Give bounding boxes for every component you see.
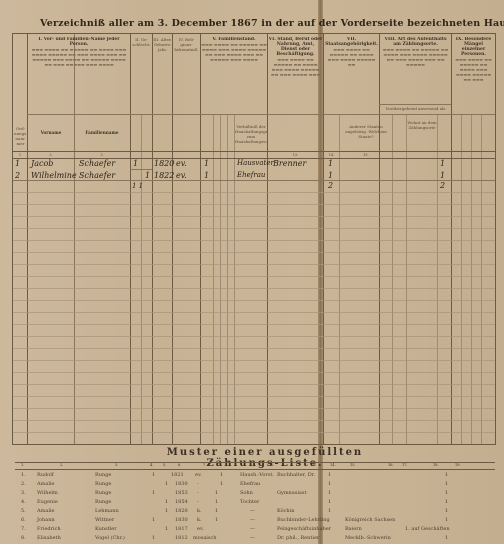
entry-1-beruf: Brenner	[273, 159, 306, 168]
subheader-verhaeltnis: Verhältniß der Haushaltungsgenossen zum …	[235, 124, 267, 144]
sample-row: 7. Friedrich Kunstler 1 1817 ev. — Pelzg…	[15, 525, 495, 534]
sample-header-numbers: 1. 2. 3. 4. 5. 6. 7. 12. 13. 14. 15. 16.…	[15, 463, 495, 470]
entry-2-familienname: Schaefer	[79, 171, 115, 180]
subheader-wohnt: Wohnt an dem Zählungsorte	[407, 120, 437, 130]
subheader-familienname: Familienname	[75, 130, 129, 135]
entry-1-preussisch: 1	[328, 159, 333, 168]
header-aufenthalt: VIII. Art des Aufenthalts am Zählungsort…	[380, 37, 451, 67]
header-ord: Ord-nungs-num-mer	[14, 126, 27, 146]
sample-row: 4. Eugenie Runge 1 1854 - 1 Tochter 1 1	[15, 498, 495, 507]
total-preussisch: 2	[328, 181, 333, 190]
census-table: Ord-nungs-num-mer I. Vor- und Familien-N…	[12, 33, 496, 445]
entry-2-preussisch: 1	[328, 171, 333, 180]
subheader-vorname: Vorname	[29, 130, 73, 135]
sample-row: 1. Rudolf Runge 1 1821 ev. 1 Haush.-Vors…	[15, 471, 495, 480]
total-wohnt: 2	[440, 181, 445, 190]
entry-1-familienstand: 1	[204, 159, 209, 168]
entry-2-vorname: Wilhelmine	[31, 171, 77, 180]
entry-1-religion: ev.	[176, 159, 187, 168]
entry-2-familienstand: 1	[204, 171, 209, 180]
header-geschlecht: II. Ge-schlecht.	[131, 37, 152, 47]
total-geschlecht: 1 1	[132, 182, 143, 190]
entry-2-geburtsjahr: 1822	[154, 171, 174, 180]
entry-1-vorname: Jacob	[31, 159, 53, 168]
document-title: Verzeichniß aller am 3. December 1867 in…	[40, 18, 480, 29]
entry-1-wohnt: 1	[440, 159, 445, 168]
subheader-vorubergehend: Vorübergehend anwesend als	[380, 106, 451, 111]
sample-row: 6. Johann Wittner 1 1830 k. 1 — Buchbind…	[15, 516, 495, 525]
entry-1-geburtsjahr: 1820	[154, 159, 174, 168]
header-staatsangehoerigkeit: VII. Staatsangehörigkeit. ▬▬▬ ▬▬▬▬ ▬▬ ▬▬…	[324, 37, 379, 67]
header-familienstand: V. Familienstand. ▬▬▬ ▬▬▬▬ ▬▬ ▬▬▬▬▬ ▬▬ ▬…	[201, 37, 267, 62]
entry-2-weiblich: 1	[145, 171, 150, 180]
census-sheet: Verzeichniß aller am 3. December 1867 in…	[0, 0, 504, 544]
sample-row: 8. Elisabeth Vogel (Chr.) 1 1812 mosaisc…	[15, 534, 495, 543]
sample-row: 2. Amalie Runge 1 1830 - 1 Ehefrau 1 1	[15, 480, 495, 489]
header-beruf: VI. Stand, Beruf oder Nahrung, Amt, Dien…	[268, 37, 323, 77]
entry-2-stellung: Ehefrau	[237, 171, 265, 179]
header-alter: III. Alter. Geburts-jahr.	[153, 37, 172, 52]
header-maengel: IX. Besondere Mängel einzelner Personen.…	[452, 37, 495, 82]
sample-row: 3. Wilhelm Runge 1 1853 - 1 Sohn Gymnasi…	[15, 489, 495, 498]
subheader-anderer-staat: Anderer Staaten angehörig. Welchem Staat…	[340, 124, 392, 139]
entry-1-maennlich: 1	[133, 159, 138, 168]
entry-2-wohnt: 1	[440, 171, 445, 180]
entry-2-nr: 2	[15, 171, 20, 180]
header-religion: IV. Reli-gions-bekenntniß.	[173, 37, 200, 52]
entry-1-familienname: Schaefer	[79, 159, 115, 168]
sample-row: 5. Amalie Lehmann 1 1820 k. 1 — Köchin 1…	[15, 507, 495, 516]
header-name: I. Vor- und Familien-Name jeder Person. …	[29, 37, 129, 67]
entry-1-nr: 1	[15, 159, 20, 168]
entry-2-religion: ev.	[176, 171, 187, 180]
entry-1-stellung: Hausvater	[237, 159, 274, 167]
sample-table: 1. 2. 3. 4. 5. 6. 7. 12. 13. 14. 15. 16.…	[15, 462, 495, 543]
